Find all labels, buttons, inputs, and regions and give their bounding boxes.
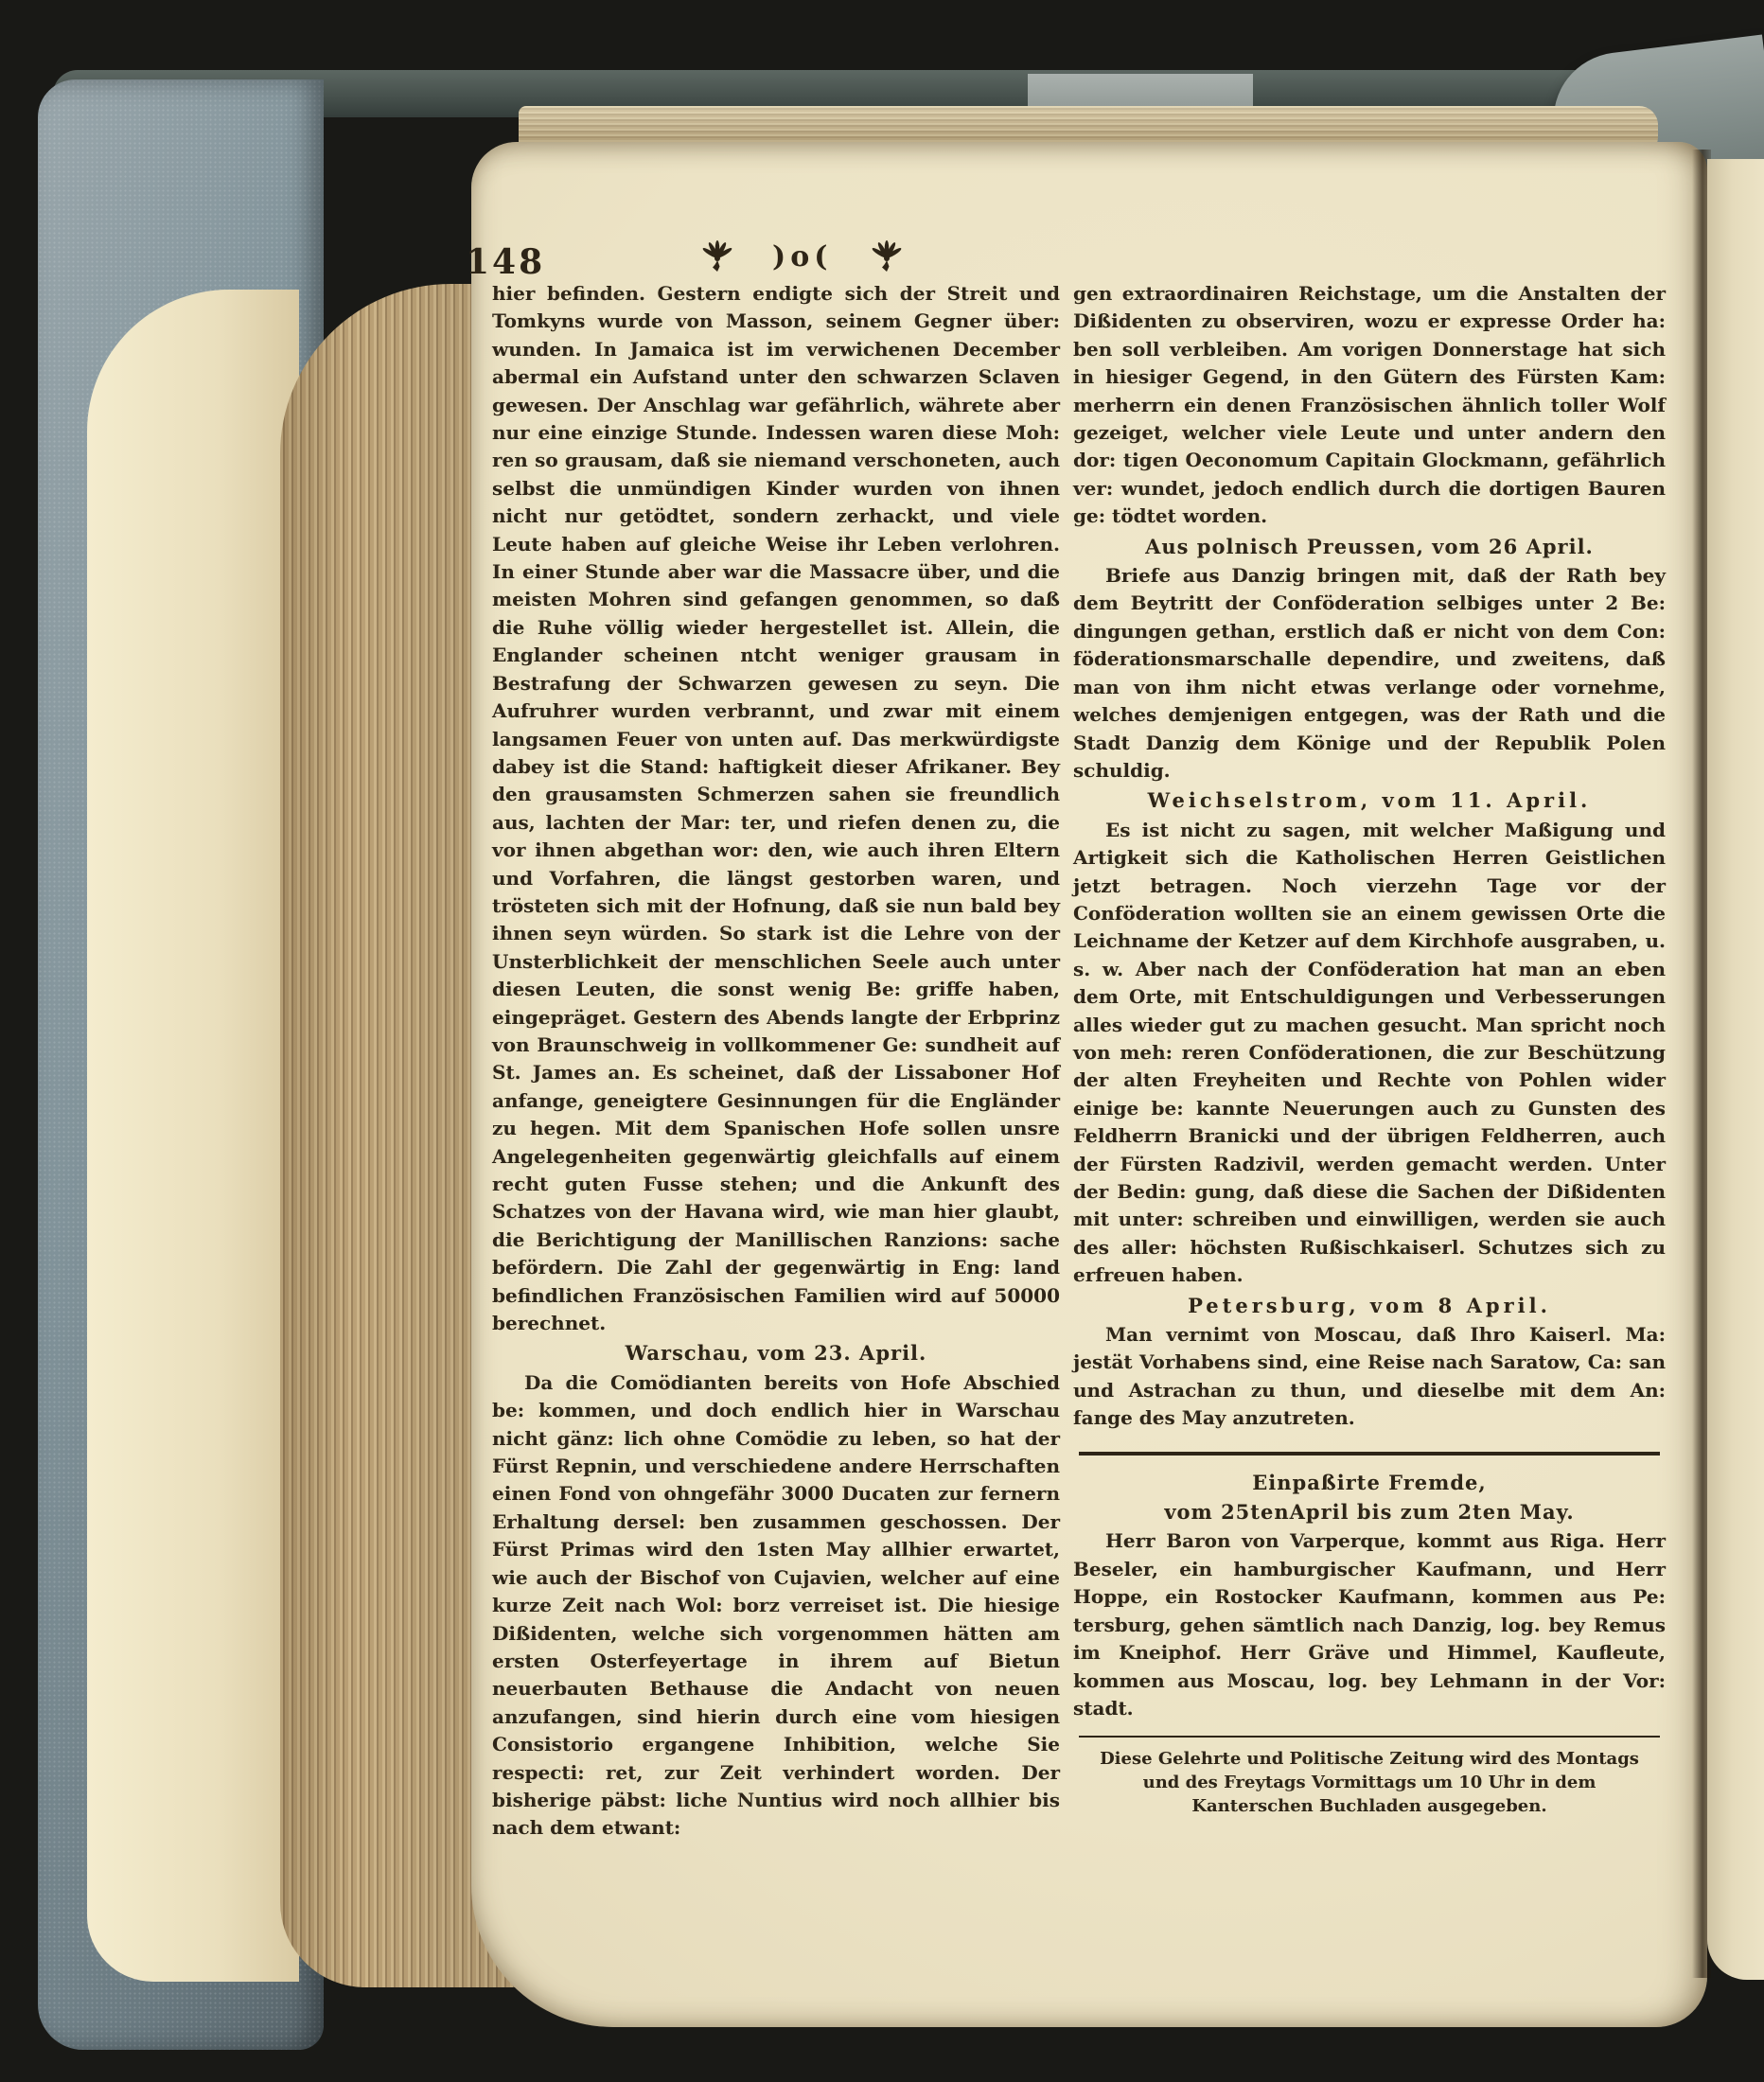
shell-ornament-icon [872,238,902,274]
right-body-continued: gen extraordinairen Reichstage, um die A… [1073,280,1666,531]
right-text-column: gen extraordinairen Reichstage, um die A… [1073,280,1666,1818]
petersburg-heading: Petersburg, vom 8 April. [1073,1292,1666,1319]
petersburg-body: Man vernimt von Moscau, daß Ihro Kaiserl… [1073,1321,1666,1433]
shell-ornament-icon [702,238,732,274]
fremde-body: Herr Baron von Varperque, kommt aus Riga… [1073,1527,1666,1722]
section-divider-thick [1079,1452,1660,1456]
fremde-heading: Einpaßirte Fremde, [1073,1469,1666,1496]
first-leaves-edge [87,290,299,1982]
imprint-notice: Diese Gelehrte und Politische Zeitung wi… [1073,1747,1666,1818]
left-text-column: hier befinden. Gestern endigte sich der … [492,280,1060,1843]
ornament-divider: )o( [772,240,832,273]
warschau-heading: Warschau, vom 23. April. [492,1339,1060,1367]
weichselstrom-heading: Weichselstrom, vom 11. April. [1073,786,1666,814]
photo-background: 148 )o( [0,0,1764,2082]
facing-page-edge [1707,159,1764,1980]
section-divider-thin [1079,1736,1660,1738]
left-body-continued: hier befinden. Gestern endigte sich der … [492,280,1060,1337]
preussen-body: Briefe aus Danzig bringen mit, daß der R… [1073,562,1666,785]
weichselstrom-body: Es ist nicht zu sagen, mit welcher Maßig… [1073,817,1666,1290]
warschau-body: Da die Comödianten bereits von Hofe Absc… [492,1369,1060,1843]
preussen-heading: Aus polnisch Preussen, vom 26 April. [1073,533,1666,560]
header-ornaments: )o( [702,238,902,274]
page-number: 148 [466,242,545,282]
fremde-subheading: vom 25tenApril bis zum 2ten May. [1073,1498,1666,1526]
